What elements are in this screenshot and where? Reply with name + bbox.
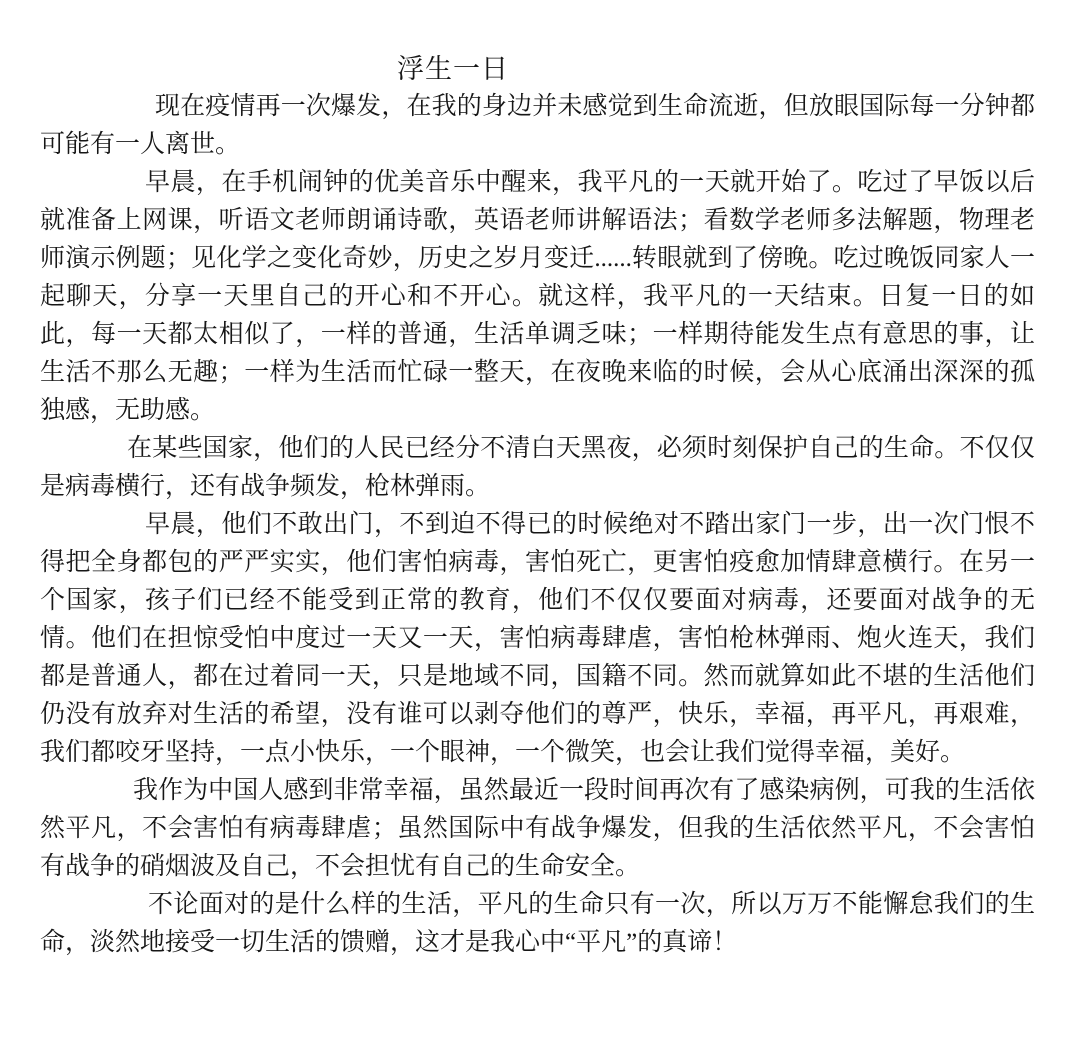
- text-line: 现在疫情再一次爆发，在我的身边并未感觉到生命流逝，但放眼国际每一分钟都: [40, 88, 1035, 126]
- paragraph: 早晨，在手机闹钟的优美音乐中醒来，我平凡的一天就开始了。吃过了早饭以后就准备上网…: [40, 164, 1035, 430]
- paragraph: 早晨，他们不敢出门，不到迫不得已的时候绝对不踏出家门一步，出一次门恨不得把全身都…: [40, 506, 1035, 772]
- text-line: 早晨，他们不敢出门，不到迫不得已的时候绝对不踏出家门一步，出一次门恨不: [40, 506, 1035, 544]
- text-line: 个国家，孩子们已经不能受到正常的教育，他们不仅仅要面对病毒，还要面对战争的无: [40, 582, 1035, 620]
- text-line: 此，每一天都太相似了，一样的普通，生活单调乏味；一样期待能发生点有意思的事，让: [40, 316, 1035, 354]
- paragraph: 我作为中国人感到非常幸福，虽然最近一段时间再次有了感染病例，可我的生活依然平凡，…: [40, 772, 1035, 886]
- text-line: 都是普通人，都在过着同一天，只是地域不同，国籍不同。然而就算如此不堪的生活他们: [40, 658, 1035, 696]
- text-line: 就准备上网课，听语文老师朗诵诗歌，英语老师讲解语法；看数学老师多法解题，物理老: [40, 202, 1035, 240]
- document-page: 浮生一日 现在疫情再一次爆发，在我的身边并未感觉到生命流逝，但放眼国际每一分钟都…: [0, 0, 1080, 1052]
- text-line: 起聊天，分享一天里自己的开心和不开心。就这样，我平凡的一天结束。日复一日的如: [40, 278, 1035, 316]
- text-line: 有战争的硝烟波及自己，不会担忧有自己的生命安全。: [40, 848, 1035, 886]
- text-line: 仍没有放弃对生活的希望，没有谁可以剥夺他们的尊严，快乐，幸福，再平凡，再艰难，: [40, 696, 1035, 734]
- text-line: 我作为中国人感到非常幸福，虽然最近一段时间再次有了感染病例，可我的生活依: [40, 772, 1035, 810]
- text-line: 然平凡，不会害怕有病毒肆虐；虽然国际中有战争爆发，但我的生活依然平凡，不会害怕: [40, 810, 1035, 848]
- text-line: 不论面对的是什么样的生活，平凡的生命只有一次，所以万万不能懈怠我们的生: [40, 886, 1035, 924]
- text-line: 师演示例题；见化学之变化奇妙，历史之岁月变迁......转眼就到了傍晚。吃过晚饭…: [40, 240, 1035, 278]
- document-title: 浮生一日: [40, 50, 1035, 88]
- text-line: 得把全身都包的严严实实，他们害怕病毒，害怕死亡，更害怕疫愈加情肆意横行。在另一: [40, 544, 1035, 582]
- text-line: 情。他们在担惊受怕中度过一天又一天，害怕病毒肆虐，害怕枪林弹雨、炮火连天，我们: [40, 620, 1035, 658]
- paragraph: 不论面对的是什么样的生活，平凡的生命只有一次，所以万万不能懈怠我们的生命，淡然地…: [40, 886, 1035, 962]
- text-line: 我们都咬牙坚持，一点小快乐，一个眼神，一个微笑，也会让我们觉得幸福，美好。: [40, 734, 1035, 772]
- text-line: 在某些国家，他们的人民已经分不清白天黑夜，必须时刻保护自己的生命。不仅仅: [40, 430, 1035, 468]
- paragraph: 在某些国家，他们的人民已经分不清白天黑夜，必须时刻保护自己的生命。不仅仅是病毒横…: [40, 430, 1035, 506]
- document-body: 现在疫情再一次爆发，在我的身边并未感觉到生命流逝，但放眼国际每一分钟都可能有一人…: [40, 88, 1035, 962]
- text-line: 命，淡然地接受一切生活的馈赠，这才是我心中“平凡”的真谛！: [40, 924, 1035, 962]
- paragraph: 现在疫情再一次爆发，在我的身边并未感觉到生命流逝，但放眼国际每一分钟都可能有一人…: [40, 88, 1035, 164]
- document-content: 浮生一日 现在疫情再一次爆发，在我的身边并未感觉到生命流逝，但放眼国际每一分钟都…: [40, 50, 1035, 962]
- text-line: 可能有一人离世。: [40, 126, 1035, 164]
- text-line: 早晨，在手机闹钟的优美音乐中醒来，我平凡的一天就开始了。吃过了早饭以后: [40, 164, 1035, 202]
- text-line: 生活不那么无趣；一样为生活而忙碌一整天，在夜晚来临的时候，会从心底涌出深深的孤: [40, 354, 1035, 392]
- text-line: 独感，无助感。: [40, 392, 1035, 430]
- text-line: 是病毒横行，还有战争频发，枪林弹雨。: [40, 468, 1035, 506]
